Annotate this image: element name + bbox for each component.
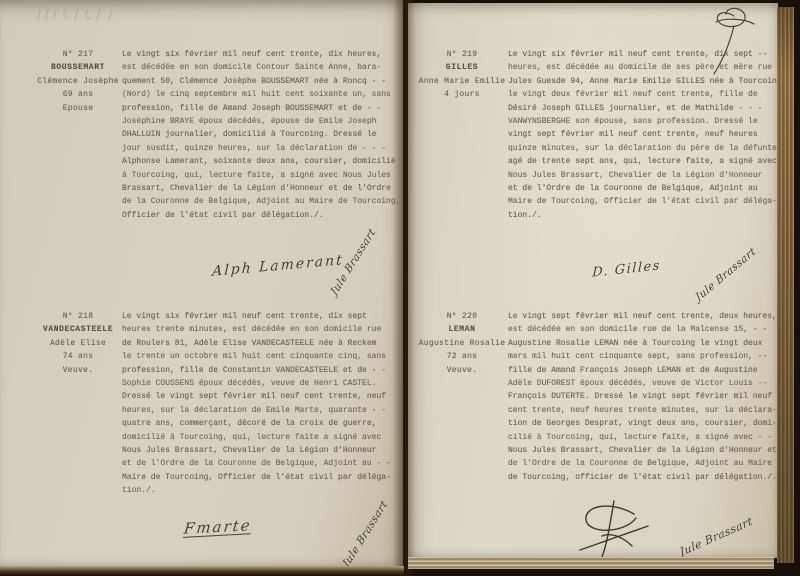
act-line: est décédée en son domicile rue de la Ma…	[508, 323, 792, 336]
act-line: et de l'Ordre de la Couronne de Belgique…	[122, 457, 406, 470]
record-status: Veuve.	[412, 364, 512, 377]
act-line: tion de Georges Desprat, vingt deux ans,…	[508, 417, 792, 430]
act-line: le trente un octobre mil huit cent cinqu…	[122, 350, 406, 363]
declarant-signature-marte: Fmarte	[183, 516, 253, 538]
act-line: à Tourcoing, qui, lecture faite, a signé…	[122, 169, 406, 182]
record-number: N° 218	[28, 310, 128, 323]
record-margin: N° 220 LEMAN Augustine Rosalie 72 ans Ve…	[412, 310, 512, 377]
act-line: tion./.	[508, 209, 792, 222]
act-line: cent trente, neuf heures trente minutes,…	[508, 404, 792, 417]
act-line: le vingt deux février mil neuf cent tren…	[508, 88, 792, 101]
act-line: de l'Ordre de la Couronne de Belgique, A…	[508, 457, 792, 470]
act-line: quatre ans, commerçant, décoré de la cro…	[122, 417, 406, 430]
record-margin: N° 217 BOUSSEMART Clémence Josèphe 69 an…	[28, 48, 128, 115]
act-line: VANWYNSBERGHE son épouse, sans professio…	[508, 115, 792, 128]
register-book-photo: N° 217 BOUSSEMART Clémence Josèphe 69 an…	[0, 0, 800, 576]
act-line: Brassart, Chevalier de la Légion d'Honne…	[122, 182, 406, 195]
act-line: profession, fille de Amand Joseph BOUSSE…	[122, 102, 406, 115]
act-line: cilié à Tourcoing, qui, lecture faite, a…	[508, 431, 792, 444]
book-gutter-shadow	[393, 0, 415, 576]
record-given-names: Clémence Josèphe	[28, 75, 128, 88]
act-line: domicilié à Tourcoing, qui, lecture fait…	[122, 431, 406, 444]
record-margin: N° 218 VANDECASTEELE Adèle Elise 74 ans …	[28, 310, 128, 377]
record-act-text: Le vingt sept février mil neuf cent tren…	[508, 310, 792, 484]
record-age: 74 ans	[28, 350, 128, 363]
act-line: de la Couronne de Belgique, Adjoint au M…	[122, 195, 406, 208]
act-line: Maire de Tourcoing, Officier de l'état c…	[122, 471, 406, 484]
act-line: Adèle DUFOREST époux décédés, veuve de V…	[508, 377, 792, 390]
act-line: quement 50, Clémence Josèphe BOUSSEMART …	[122, 75, 406, 88]
act-line: de Roulers 81, Adèle Elise VANDECASTEELE…	[122, 337, 406, 350]
record-surname: LEMAN	[412, 323, 512, 336]
book-fore-edge-pages	[777, 7, 794, 563]
act-line: profession, fille de Constantin VANDECAS…	[122, 364, 406, 377]
record-given-names: Adèle Elise	[28, 337, 128, 350]
act-line: Le vingt sept février mil neuf cent tren…	[508, 310, 792, 323]
act-line: (Nord) le cinq septembre mil huit cent s…	[122, 88, 406, 101]
record-surname: GILLES	[412, 61, 512, 74]
act-line: Nous Jules Brassart, Chevalier de la Lég…	[508, 169, 792, 182]
act-line: heures trente minutes, est décédée en so…	[122, 323, 406, 336]
record-given-names: Augustine Rosalie	[412, 337, 512, 350]
record-given-names: Anne Marie Emilie	[412, 75, 512, 88]
left-page-bottom-edge	[0, 566, 404, 576]
act-line: Désiré Joseph GILLES journalier, et de M…	[508, 102, 792, 115]
act-line: Officier de l'état civil par délégation.…	[122, 209, 406, 222]
act-line: agé de trente sept ans, qui, lecture fai…	[508, 155, 792, 168]
act-line: Nous Jules Brassart, Chevalier de la Lég…	[122, 444, 406, 457]
act-line: est décédée en son domicile Contour Sain…	[122, 61, 406, 74]
act-line: vingt sept février mil neuf cent trente,…	[508, 128, 792, 141]
record-margin: N° 219 GILLES Anne Marie Emilie 4 jours	[412, 48, 512, 102]
page-edge-stack-bottom	[408, 557, 774, 569]
act-line: Alphonse Lamerant, soixante deux ans, co…	[122, 155, 406, 168]
record-act-text: Le vingt six février mil neuf cent trent…	[122, 310, 406, 498]
record-status: Veuve.	[28, 364, 128, 377]
record-number: N° 219	[412, 48, 512, 61]
record-status: Epouse	[28, 102, 128, 115]
record-act-text: Le vingt six février mil neuf cent trent…	[122, 48, 406, 222]
faint-pencil-marks	[34, 6, 154, 24]
record-surname: VANDECASTEELE	[28, 323, 128, 336]
act-line: de Tourcoing, officier de l'état civil p…	[508, 471, 792, 484]
record-number: N° 217	[28, 48, 128, 61]
act-line: Joséphine BRAYE époux décédés, épouse de…	[122, 115, 406, 128]
act-line: François DUTERTE. Dressé le vingt sept f…	[508, 390, 792, 403]
act-line: DHALLUIN journalier, domicilié à Tourcoi…	[122, 128, 406, 141]
record-surname: BOUSSEMART	[28, 61, 128, 74]
record-age: 4 jours	[412, 88, 512, 101]
record-number: N° 220	[412, 310, 512, 323]
act-line: fille de Amand François Joseph LEMAN et …	[508, 364, 792, 377]
act-line: tion./.	[122, 484, 406, 497]
act-line: Le vingt six février mil neuf cent trent…	[122, 48, 406, 61]
act-line: mars mil huit cent cinquante sept, sans …	[508, 350, 792, 363]
act-line: jour susdit, quinze heures, sur la décla…	[122, 142, 406, 155]
act-line: Nous Jules Brassart, Chevalier de la Lég…	[508, 444, 792, 457]
record-age: 72 ans	[412, 350, 512, 363]
record-age: 69 ans	[28, 88, 128, 101]
act-line: Augustine Rosalie LEMAN née à Tourcoing …	[508, 337, 792, 350]
act-line: Dressé le vingt sept février mil neuf ce…	[122, 390, 406, 403]
declarant-paraph-signature	[572, 498, 654, 560]
act-line: Maire de Tourcoing, Officier de l'état c…	[508, 195, 792, 208]
act-line: Sophie COUSSENS époux décédés, veuve de …	[122, 377, 406, 390]
act-line: et de l'Ordre de la Couronne de Belgique…	[508, 182, 792, 195]
act-line: Le vingt six février mil neuf cent trent…	[122, 310, 406, 323]
act-line: heures, sur la déclaration de Emile Mart…	[122, 404, 406, 417]
act-line: quinze minutes, sur la déclaration du pè…	[508, 142, 792, 155]
corner-flourish-paraph	[704, 2, 766, 78]
